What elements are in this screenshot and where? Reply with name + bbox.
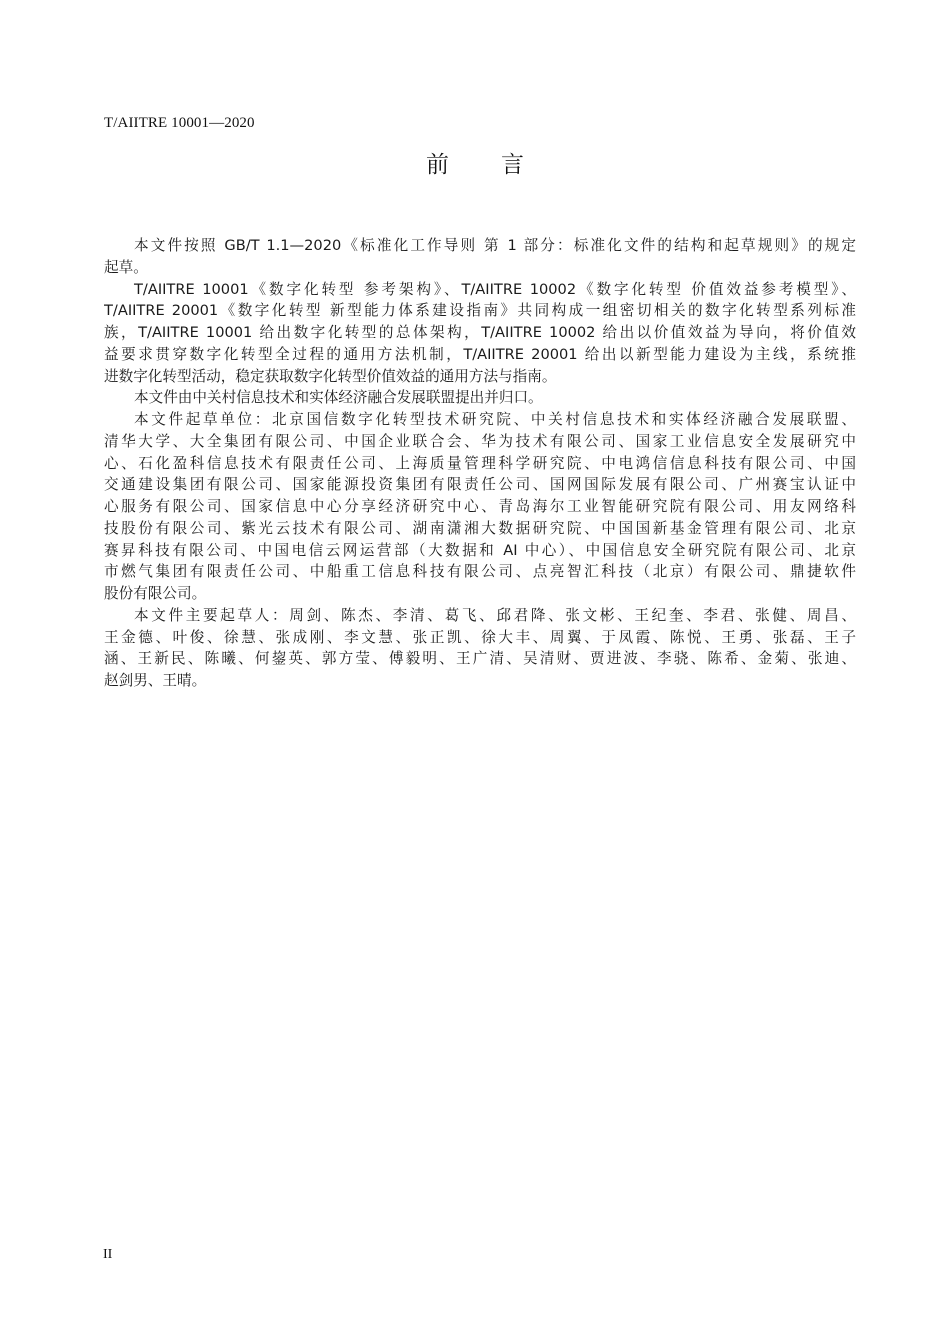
paragraph-proposer: 本文件由中关村信息技术和实体经济融合发展联盟提出并归口。 (104, 387, 856, 409)
paragraph-standard-series: T/AIITRE 10001《数字化转型 参考架构》、T/AIITRE 1000… (104, 279, 856, 388)
text-line: 市燃气集团有限责任公司、中船重工信息科技有限公司、点亮智汇科技（北京）有限公司、… (104, 561, 856, 583)
text-line: 股份有限公司。 (104, 583, 856, 605)
paragraph-drafters: 本文件主要起草人：周剑、陈杰、李清、葛飞、邱君降、张文彬、王纪奎、李君、张健、周… (104, 605, 856, 692)
text-line: T/AIITRE 20001《数字化转型 新型能力体系建设指南》共同构成一组密切… (104, 300, 856, 322)
text-line: 心、石化盈科信息技术有限责任公司、上海质量管理科学研究院、中电鸿信信息科技有限公… (104, 453, 856, 475)
text-line: T/AIITRE 10001《数字化转型 参考架构》、T/AIITRE 1000… (104, 279, 856, 301)
text-line: 本文件按照 GB/T 1.1—2020《标准化工作导则 第 1 部分：标准化文件… (104, 235, 856, 257)
text-line: 清华大学、大全集团有限公司、中国企业联合会、华为技术有限公司、国家工业信息安全发… (104, 431, 856, 453)
text-line: 本文件主要起草人：周剑、陈杰、李清、葛飞、邱君降、张文彬、王纪奎、李君、张健、周… (104, 605, 856, 627)
text-line: 技股份有限公司、紫光云技术有限公司、湖南潇湘大数据研究院、中国国新基金管理有限公… (104, 518, 856, 540)
text-line: 交通建设集团有限公司、国家能源投资集团有限责任公司、国网国际发展有限公司、广州赛… (104, 474, 856, 496)
text-line: 进数字化转型活动，稳定获取数字化转型价值效益的通用方法与指南。 (104, 366, 856, 388)
foreword-body: 本文件按照 GB/T 1.1—2020《标准化工作导则 第 1 部分：标准化文件… (104, 235, 856, 692)
title-char-1: 前 (426, 146, 449, 179)
page-title: 前言 (0, 146, 950, 179)
text-line: 益要求贯穿数字化转型全过程的通用方法机制，T/AIITRE 20001 给出以新… (104, 344, 856, 366)
page-number: II (103, 1247, 112, 1263)
text-line: 心服务有限公司、国家信息中心分享经济研究中心、青岛海尔工业智能研究院有限公司、用… (104, 496, 856, 518)
standard-code-header: T/AIITRE 10001—2020 (104, 115, 255, 132)
text-line: 王金德、叶俊、徐慧、张成刚、李文慧、张正凯、徐大丰、周翼、于凤霞、陈悦、王勇、张… (104, 627, 856, 649)
text-line: 本文件起草单位：北京国信数字化转型技术研究院、中关村信息技术和实体经济融合发展联… (104, 409, 856, 431)
text-line: 族，T/AIITRE 10001 给出数字化转型的总体架构，T/AIITRE 1… (104, 322, 856, 344)
text-line: 起草。 (104, 257, 856, 279)
text-line: 赵剑男、王晴。 (104, 670, 856, 692)
text-line: 本文件由中关村信息技术和实体经济融合发展联盟提出并归口。 (104, 387, 856, 409)
text-line: 赛昇科技有限公司、中国电信云网运营部（大数据和 AI 中心）、中国信息安全研究院… (104, 540, 856, 562)
document-page: T/AIITRE 10001—2020 前言 本文件按照 GB/T 1.1—20… (0, 0, 950, 1343)
title-char-2: 言 (501, 146, 524, 179)
text-line: 涵、王新民、陈曦、何鋆英、郭方莹、傅毅明、王广清、吴清财、贾进波、李骁、陈希、金… (104, 648, 856, 670)
paragraph-drafting-units: 本文件起草单位：北京国信数字化转型技术研究院、中关村信息技术和实体经济融合发展联… (104, 409, 856, 605)
paragraph-drafting-rules: 本文件按照 GB/T 1.1—2020《标准化工作导则 第 1 部分：标准化文件… (104, 235, 856, 279)
